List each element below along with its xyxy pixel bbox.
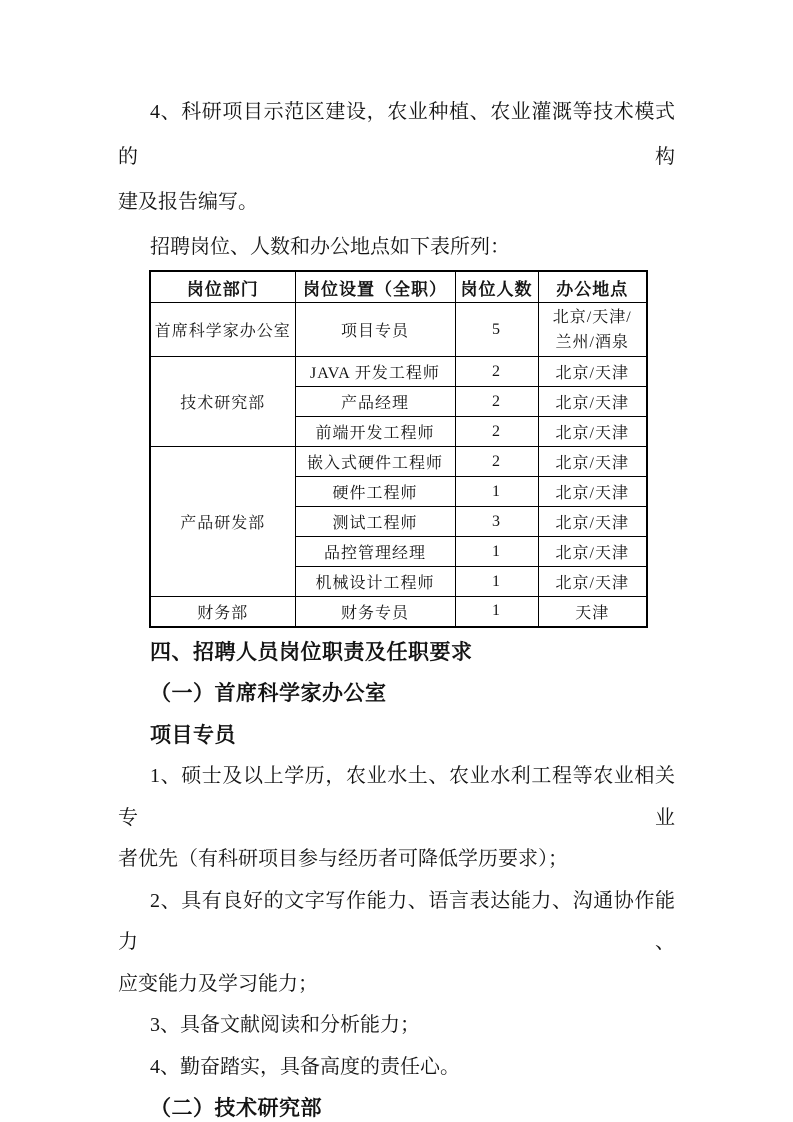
table-header-position: 岗位设置（全职） <box>295 271 455 303</box>
requirement-2-line-1: 2、具有良好的文字写作能力、语言表达能力、沟通协作能力、 <box>118 881 675 964</box>
table-cell-position: 机械设计工程师 <box>295 567 455 597</box>
table-cell-location: 北京/天津 <box>538 417 647 447</box>
location-line: 北京/天津/ <box>539 305 647 330</box>
table-cell-position: 测试工程师 <box>295 507 455 537</box>
table-cell-department: 产品研发部 <box>150 447 295 597</box>
table-row: 产品研发部 嵌入式硬件工程师 2 北京/天津 <box>150 447 647 477</box>
table-cell-department: 首席科学家办公室 <box>150 303 295 357</box>
table-cell-position: 产品经理 <box>295 387 455 417</box>
table-cell-position: 前端开发工程师 <box>295 417 455 447</box>
table-cell-position: JAVA 开发工程师 <box>295 357 455 387</box>
subsection-1-heading: （一）首席科学家办公室 <box>118 673 675 715</box>
table-cell-count: 2 <box>455 417 538 447</box>
recruitment-table: 岗位部门 岗位设置（全职） 岗位人数 办公地点 首席科学家办公室 项目专员 5 … <box>149 270 648 628</box>
table-cell-location: 北京/天津 <box>538 447 647 477</box>
table-cell-department: 技术研究部 <box>150 357 295 447</box>
table-cell-count: 2 <box>455 357 538 387</box>
table-cell-location: 北京/天津 <box>538 537 647 567</box>
table-cell-position: 品控管理经理 <box>295 537 455 567</box>
section-requirements: 四、招聘人员岗位职责及任职要求 （一）首席科学家办公室 项目专员 1、硕士及以上… <box>118 632 675 1122</box>
table-cell-location: 北京/天津/ 兰州/酒泉 <box>538 303 647 357</box>
table-cell-position: 嵌入式硬件工程师 <box>295 447 455 477</box>
table-header-department: 岗位部门 <box>150 271 295 303</box>
table-cell-count: 3 <box>455 507 538 537</box>
table-cell-position: 财务专员 <box>295 597 455 627</box>
table-cell-position: 硬件工程师 <box>295 477 455 507</box>
table-cell-location: 北京/天津 <box>538 567 647 597</box>
table-row: 技术研究部 JAVA 开发工程师 2 北京/天津 <box>150 357 647 387</box>
document-page: 4、科研项目示范区建设，农业种植、农业灌溉等技术模式的构 建及报告编写。 招聘岗… <box>0 0 793 1122</box>
table-cell-count: 1 <box>455 477 538 507</box>
section-4-heading: 四、招聘人员岗位职责及任职要求 <box>118 632 675 674</box>
table-cell-count: 2 <box>455 387 538 417</box>
requirement-1-line-1: 1、硕士及以上学历，农业水土、农业水利工程等农业相关专业 <box>118 756 675 839</box>
table-cell-location: 北京/天津 <box>538 387 647 417</box>
table-cell-location: 北京/天津 <box>538 357 647 387</box>
table-header-count: 岗位人数 <box>455 271 538 303</box>
requirement-4: 4、勤奋踏实，具备高度的责任心。 <box>118 1047 675 1089</box>
requirement-2-line-2: 应变能力及学习能力； <box>118 964 675 1006</box>
table-cell-count: 1 <box>455 567 538 597</box>
table-cell-location: 北京/天津 <box>538 477 647 507</box>
document-content: 4、科研项目示范区建设，农业种植、农业灌溉等技术模式的构 建及报告编写。 招聘岗… <box>118 90 675 1122</box>
table-header-row: 岗位部门 岗位设置（全职） 岗位人数 办公地点 <box>150 271 647 303</box>
table-cell-count: 1 <box>455 537 538 567</box>
subsection-2-heading: （二）技术研究部 <box>118 1088 675 1122</box>
table-intro-line: 招聘岗位、人数和办公地点如下表所列： <box>118 225 675 270</box>
table-cell-count: 5 <box>455 303 538 357</box>
table-header-location: 办公地点 <box>538 271 647 303</box>
requirement-3: 3、具备文献阅读和分析能力； <box>118 1005 675 1047</box>
requirement-1-line-2: 者优先（有科研项目参与经历者可降低学历要求）； <box>118 839 675 881</box>
table-cell-count: 2 <box>455 447 538 477</box>
paragraph-4-line-2: 建及报告编写。 <box>118 180 675 225</box>
table-cell-department: 财务部 <box>150 597 295 627</box>
location-line: 兰州/酒泉 <box>539 330 647 355</box>
table-cell-position: 项目专员 <box>295 303 455 357</box>
table-cell-count: 1 <box>455 597 538 627</box>
table-cell-location: 北京/天津 <box>538 507 647 537</box>
paragraph-4-line-1: 4、科研项目示范区建设，农业种植、农业灌溉等技术模式的构 <box>118 90 675 180</box>
table-row: 财务部 财务专员 1 天津 <box>150 597 647 627</box>
position-title-heading: 项目专员 <box>118 715 675 757</box>
table-row: 首席科学家办公室 项目专员 5 北京/天津/ 兰州/酒泉 <box>150 303 647 357</box>
table-cell-location: 天津 <box>538 597 647 627</box>
